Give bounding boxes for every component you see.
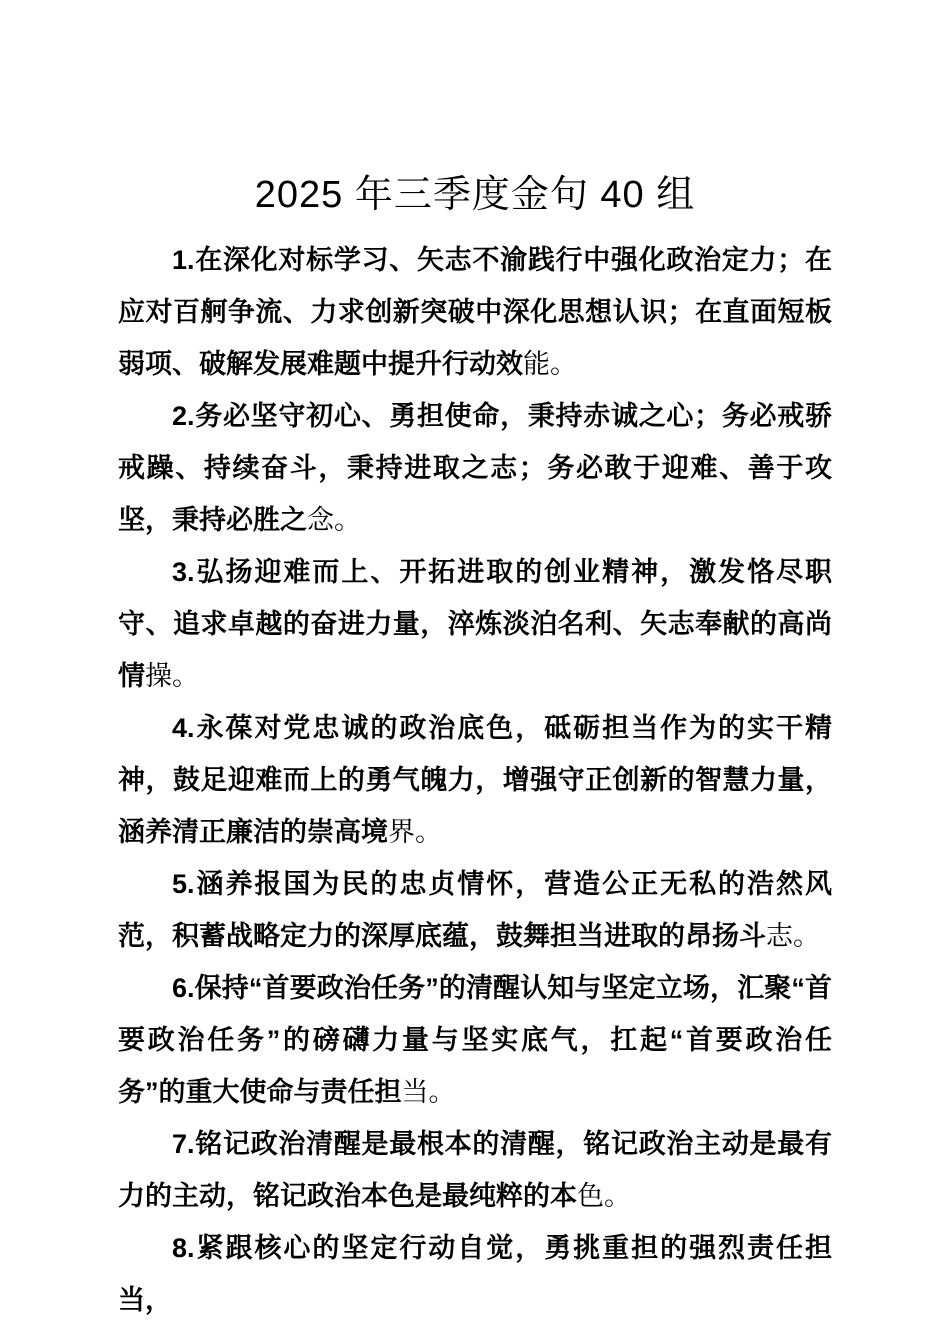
- paragraph-main-text: 2.务必坚守初心、勇担使命，秉持赤诚之心；务必戒骄戒躁、持续奋斗，秉持进取之志；…: [118, 401, 832, 535]
- paragraph-main-text: 5.涵养报国为民的忠贞情怀，营造公正无私的浩然风范，积蓄战略定力的深厚底蕴，鼓舞…: [118, 869, 832, 951]
- paragraph: 2.务必坚守初心、勇担使命，秉持赤诚之心；务必戒骄戒躁、持续奋斗，秉持进取之志；…: [118, 390, 832, 546]
- paragraph-main-text: 6.保持“首要政治任务”的清醒认知与坚定立场，汇聚“首要政治任务”的磅礴力量与坚…: [118, 973, 832, 1107]
- paragraph: 8.紧跟核心的坚定行动自觉，勇挑重担的强烈责任担当，: [118, 1222, 832, 1326]
- paragraph-tail-text: 当。: [402, 1077, 456, 1107]
- document-title: 2025 年三季度金句 40 组: [118, 168, 832, 222]
- paragraph-main-text: 3.弘扬迎难而上、开拓进取的创业精神，激发恪尽职守、追求卓越的奋进力量，淬炼淡泊…: [118, 557, 832, 691]
- paragraph-tail-text: 操。: [145, 661, 199, 691]
- paragraph-main-text: 4.永葆对党忠诚的政治底色，砥砺担当作为的实干精神，鼓足迎难而上的勇气魄力，增强…: [118, 713, 832, 847]
- paragraph-tail-text: 能。: [523, 349, 577, 379]
- paragraph: 5.涵养报国为民的忠贞情怀，营造公正无私的浩然风范，积蓄战略定力的深厚底蕴，鼓舞…: [118, 858, 832, 962]
- paragraph: 7.铭记政治清醒是最根本的清醒，铭记政治主动是最有力的主动，铭记政治本色是最纯粹…: [118, 1118, 832, 1222]
- paragraph: 3.弘扬迎难而上、开拓进取的创业精神，激发恪尽职守、追求卓越的奋进力量，淬炼淡泊…: [118, 546, 832, 702]
- paragraph-main-text: 1.在深化对标学习、矢志不渝践行中强化政治定力；在应对百舸争流、力求创新突破中深…: [118, 245, 832, 379]
- paragraph: 1.在深化对标学习、矢志不渝践行中强化政治定力；在应对百舸争流、力求创新突破中深…: [118, 234, 832, 390]
- paragraph-main-text: 7.铭记政治清醒是最根本的清醒，铭记政治主动是最有力的主动，铭记政治本色是最纯粹…: [118, 1129, 832, 1211]
- paragraph: 6.保持“首要政治任务”的清醒认知与坚定立场，汇聚“首要政治任务”的磅礴力量与坚…: [118, 962, 832, 1118]
- paragraph: 4.永葆对党忠诚的政治底色，砥砺担当作为的实干精神，鼓足迎难而上的勇气魄力，增强…: [118, 702, 832, 858]
- paragraph-tail-text: 念。: [307, 505, 361, 535]
- paragraph-tail-text: 界。: [388, 817, 442, 847]
- document-page: 2025 年三季度金句 40 组 1.在深化对标学习、矢志不渝践行中强化政治定力…: [0, 0, 950, 1344]
- paragraph-tail-text: 色。: [577, 1181, 631, 1211]
- paragraph-main-text: 8.紧跟核心的坚定行动自觉，勇挑重担的强烈责任担当，: [118, 1233, 832, 1315]
- document-body: 1.在深化对标学习、矢志不渝践行中强化政治定力；在应对百舸争流、力求创新突破中深…: [118, 234, 832, 1326]
- paragraph-tail-text: 志。: [766, 921, 820, 951]
